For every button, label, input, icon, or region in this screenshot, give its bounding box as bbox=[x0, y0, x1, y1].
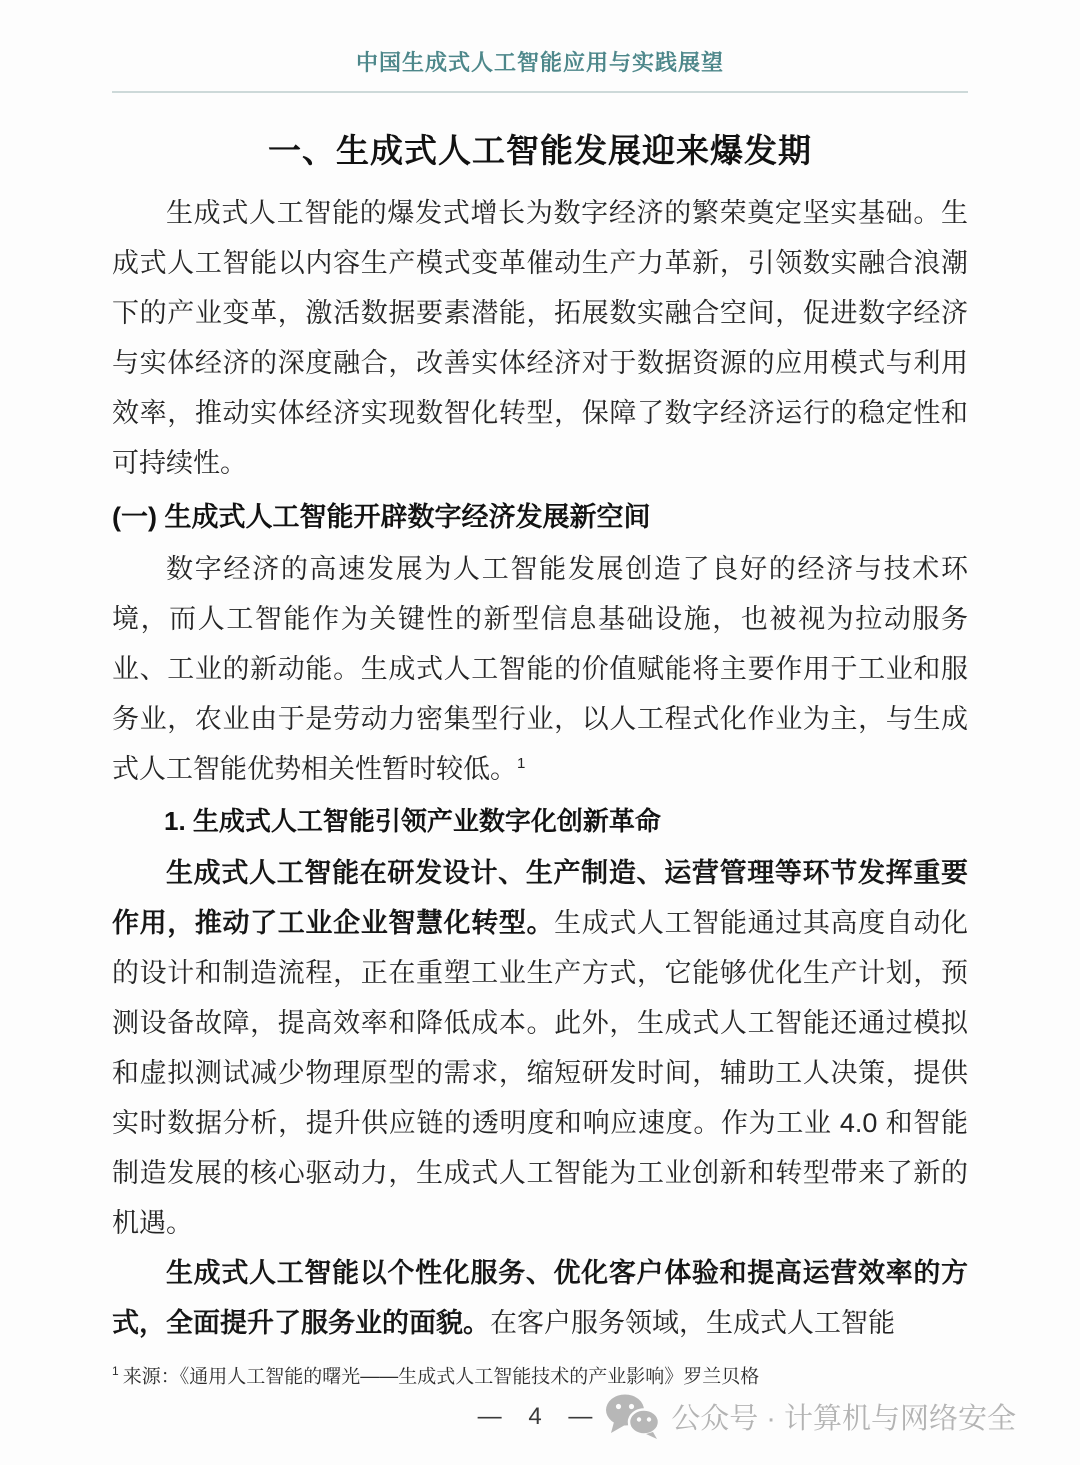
watermark-text: 公众号 · 计算机与网络安全 bbox=[671, 1396, 1016, 1437]
sub-heading: 1. 生成式人工智能引领产业数字化创新革命 bbox=[112, 796, 968, 846]
document-page: 中国生成式人工智能应用与实践展望 一、生成式人工智能发展迎来爆发期 生成式人工智… bbox=[0, 0, 1080, 1465]
text-run: 生成式人工智能通过其高度自动化的设计和制造流程，正在重塑工业生产方式，它能够优化… bbox=[112, 908, 968, 1238]
watermark: 公众号 · 计算机与网络安全 bbox=[605, 1393, 1016, 1439]
footnote-text: 来源：《通用人工智能的曙光——生成式人工智能技术的产业影响》罗兰贝格 bbox=[123, 1366, 760, 1387]
paragraph: 生成式人工智能在研发设计、生产制造、运营管理等环节发挥重要作用，推动了工业企业智… bbox=[112, 848, 968, 1248]
page-number: — 4 — bbox=[478, 1403, 603, 1431]
footnote-marker: 1 bbox=[112, 1364, 119, 1378]
footnote-ref: 1 bbox=[517, 755, 525, 772]
document-body: 生成式人工智能的爆发式增长为数字经济的繁荣奠定坚实基础。生成式人工智能以内容生产… bbox=[112, 188, 968, 1348]
page-header: 中国生成式人工智能应用与实践展望 bbox=[112, 46, 968, 93]
footnote: 1来源：《通用人工智能的曙光——生成式人工智能技术的产业影响》罗兰贝格 bbox=[112, 1358, 968, 1390]
wechat-icon bbox=[605, 1393, 661, 1439]
text-run: 数字经济的高速发展为人工智能发展创造了良好的经济与技术环境，而人工智能作为关键性… bbox=[112, 554, 968, 784]
text-run: 在客户服务领域，生成式人工智能 bbox=[490, 1308, 895, 1338]
text-run: 生成式人工智能的爆发式增长为数字经济的繁荣奠定坚实基础。生成式人工智能以内容生产… bbox=[112, 198, 968, 478]
page-title: 一、生成式人工智能发展迎来爆发期 bbox=[112, 125, 968, 172]
paragraph: 生成式人工智能的爆发式增长为数字经济的繁荣奠定坚实基础。生成式人工智能以内容生产… bbox=[112, 188, 968, 488]
paragraph: 数字经济的高速发展为人工智能发展创造了良好的经济与技术环境，而人工智能作为关键性… bbox=[112, 544, 968, 794]
page-footer: — 4 — 公众号 · 计算机与网络安全 bbox=[0, 1391, 1080, 1447]
section-heading: (一) 生成式人工智能开辟数字经济发展新空间 bbox=[112, 492, 968, 542]
running-header-title: 中国生成式人工智能应用与实践展望 bbox=[112, 46, 968, 93]
paragraph: 生成式人工智能以个性化服务、优化客户体验和提高运营效率的方式，全面提升了服务业的… bbox=[112, 1248, 968, 1348]
